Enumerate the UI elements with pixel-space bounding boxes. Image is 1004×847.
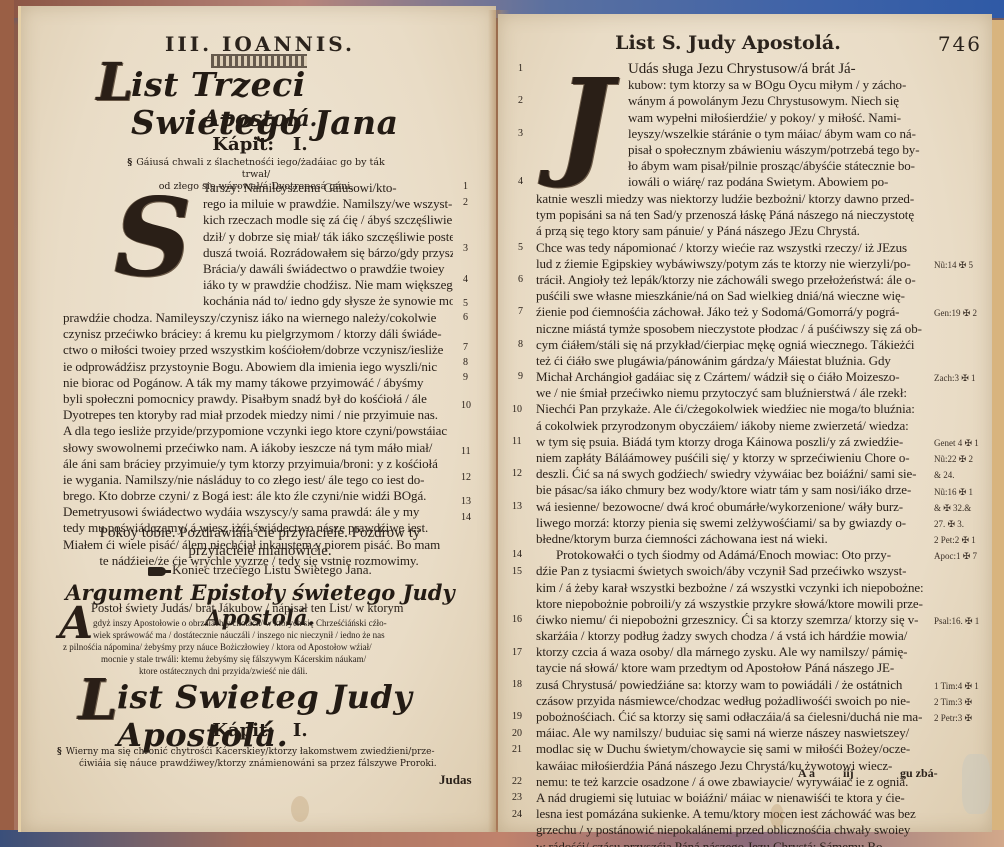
verse-number: 13 [512,501,522,512]
epistle-title-sub: Apostolá. [21,106,499,132]
verse-number: 10 [461,400,471,411]
verse-number: 22 [512,776,522,787]
verse-number: 6 [463,312,468,323]
verse-number: 11 [512,436,522,447]
paper-wear [962,754,990,814]
verse-number: 8 [518,339,523,350]
verse-number: 7 [463,342,468,353]
colophon: Koniec trzećiego Listu Swietego Jana. [21,562,499,578]
chapter-heading: Kápit: I. [21,134,499,155]
backdrop-left [0,0,14,847]
margin-reference: Nũ:22 ✠ 2 [934,454,973,465]
margin-reference: Apoc:1 ✠ 7 [934,551,977,562]
margin-reference: 1 Tim:4 ✠ 1 [934,681,979,692]
margin-reference: Psal:16. ✠ 1 [934,616,979,627]
closing-greeting: Pokoy tobie. Pozdrawiáia ćie przyiaciele… [21,524,499,560]
verse-number: 5 [463,298,468,309]
paper-stain [770,804,784,828]
verse-number: 12 [461,472,471,483]
verse-number: 11 [461,446,471,457]
verse-number: 10 [512,404,522,415]
verse-number: 9 [463,372,468,383]
margin-reference: Nũ:16 ✠ 1 [934,487,973,498]
page-number: 746 [938,32,982,56]
verse-number: 3 [518,128,523,139]
right-page: List S. Judy Apostolá. 746 J Udás sługa … [498,14,992,832]
verse-number: 3 [463,243,468,254]
verse-number: 8 [463,357,468,368]
paper-stain [291,796,309,822]
catchword-left: Judas [439,772,472,788]
jude-body-initial-block: Udás sługa Jezu Chrystusow/á brát Já- ku… [628,61,928,191]
verse-number: 17 [512,647,522,658]
signature-mark: A a [798,766,815,781]
verse-number: 6 [518,274,523,285]
verse-number: 1 [518,63,523,74]
verse-number: 24 [512,809,522,820]
verse-number: 9 [518,371,523,382]
signature-number: iij [843,766,854,781]
pointing-hand-icon [148,567,166,576]
verse-number: 7 [518,306,523,317]
argument-text: Postoł świety Judás/ brát Jákubow / nápi… [91,602,403,615]
margin-reference: & ✠ 32.& [934,503,971,514]
catchword-right: gu zbá- [900,766,938,781]
verse-number: 16 [512,614,522,625]
margin-reference: 2 Petr:3 ✠ [934,713,972,724]
margin-reference: & 24. [934,470,955,481]
verse-number: 14 [461,512,471,523]
margin-reference: 2 Pet:2 ✠ 1 [934,535,976,546]
running-head-right: List S. Judy Apostolá. [538,32,918,54]
margin-reference: Genet 4 ✠ 1 [934,438,979,449]
jude-title: ist Swieteg Judy Apostolá. [117,678,477,754]
epistle-body: Tarszy: Namileyszemu Gáiusowi/kto- rego … [203,180,453,310]
verse-number: 19 [512,711,522,722]
verse-number: 14 [512,549,522,560]
verse-number: 13 [461,496,471,507]
verse-number: 1 [463,181,468,192]
left-page: III. IOANNIS. L ist Trzeci Swietego Jana… [18,6,496,832]
argument-initial: A [59,602,93,646]
decorated-initial-j: J [542,60,628,184]
argument-text: ktore ostátecznych dni przyida/zwieść ni… [139,665,307,678]
verse-number: 18 [512,679,522,690]
jude-chapter-heading: Kápit: I. [21,720,499,741]
verse-number: 4 [463,274,468,285]
jude-summary: §Wierny ma się chronić chytrośći Kácersk… [57,746,477,770]
verse-number: 12 [512,468,522,479]
margin-reference: 2 Tim:3 ✠ [934,697,972,708]
backdrop-right [992,20,1004,830]
margin-reference: Gen:19 ✠ 2 [934,308,977,319]
verse-number: 21 [512,744,522,755]
verse-number: 2 [518,95,523,106]
verse-number: 4 [518,176,523,187]
verse-number: 20 [512,728,522,739]
jude-body: katnie weszli miedzy was niektorzy ludźi… [536,191,930,847]
margin-reference: Nũ:14 ✠ 5 [934,260,973,271]
margin-reference: Zach:3 ✠ 1 [934,373,976,384]
verse-number: 23 [512,792,522,803]
verse-number: 2 [463,197,468,208]
verse-number: 5 [518,242,523,253]
verse-number: 15 [512,566,522,577]
running-head-left: III. IOANNIS. [21,32,499,56]
decorated-initial-s: S [107,184,199,292]
margin-reference: 27. ✠ 3. [934,519,964,530]
